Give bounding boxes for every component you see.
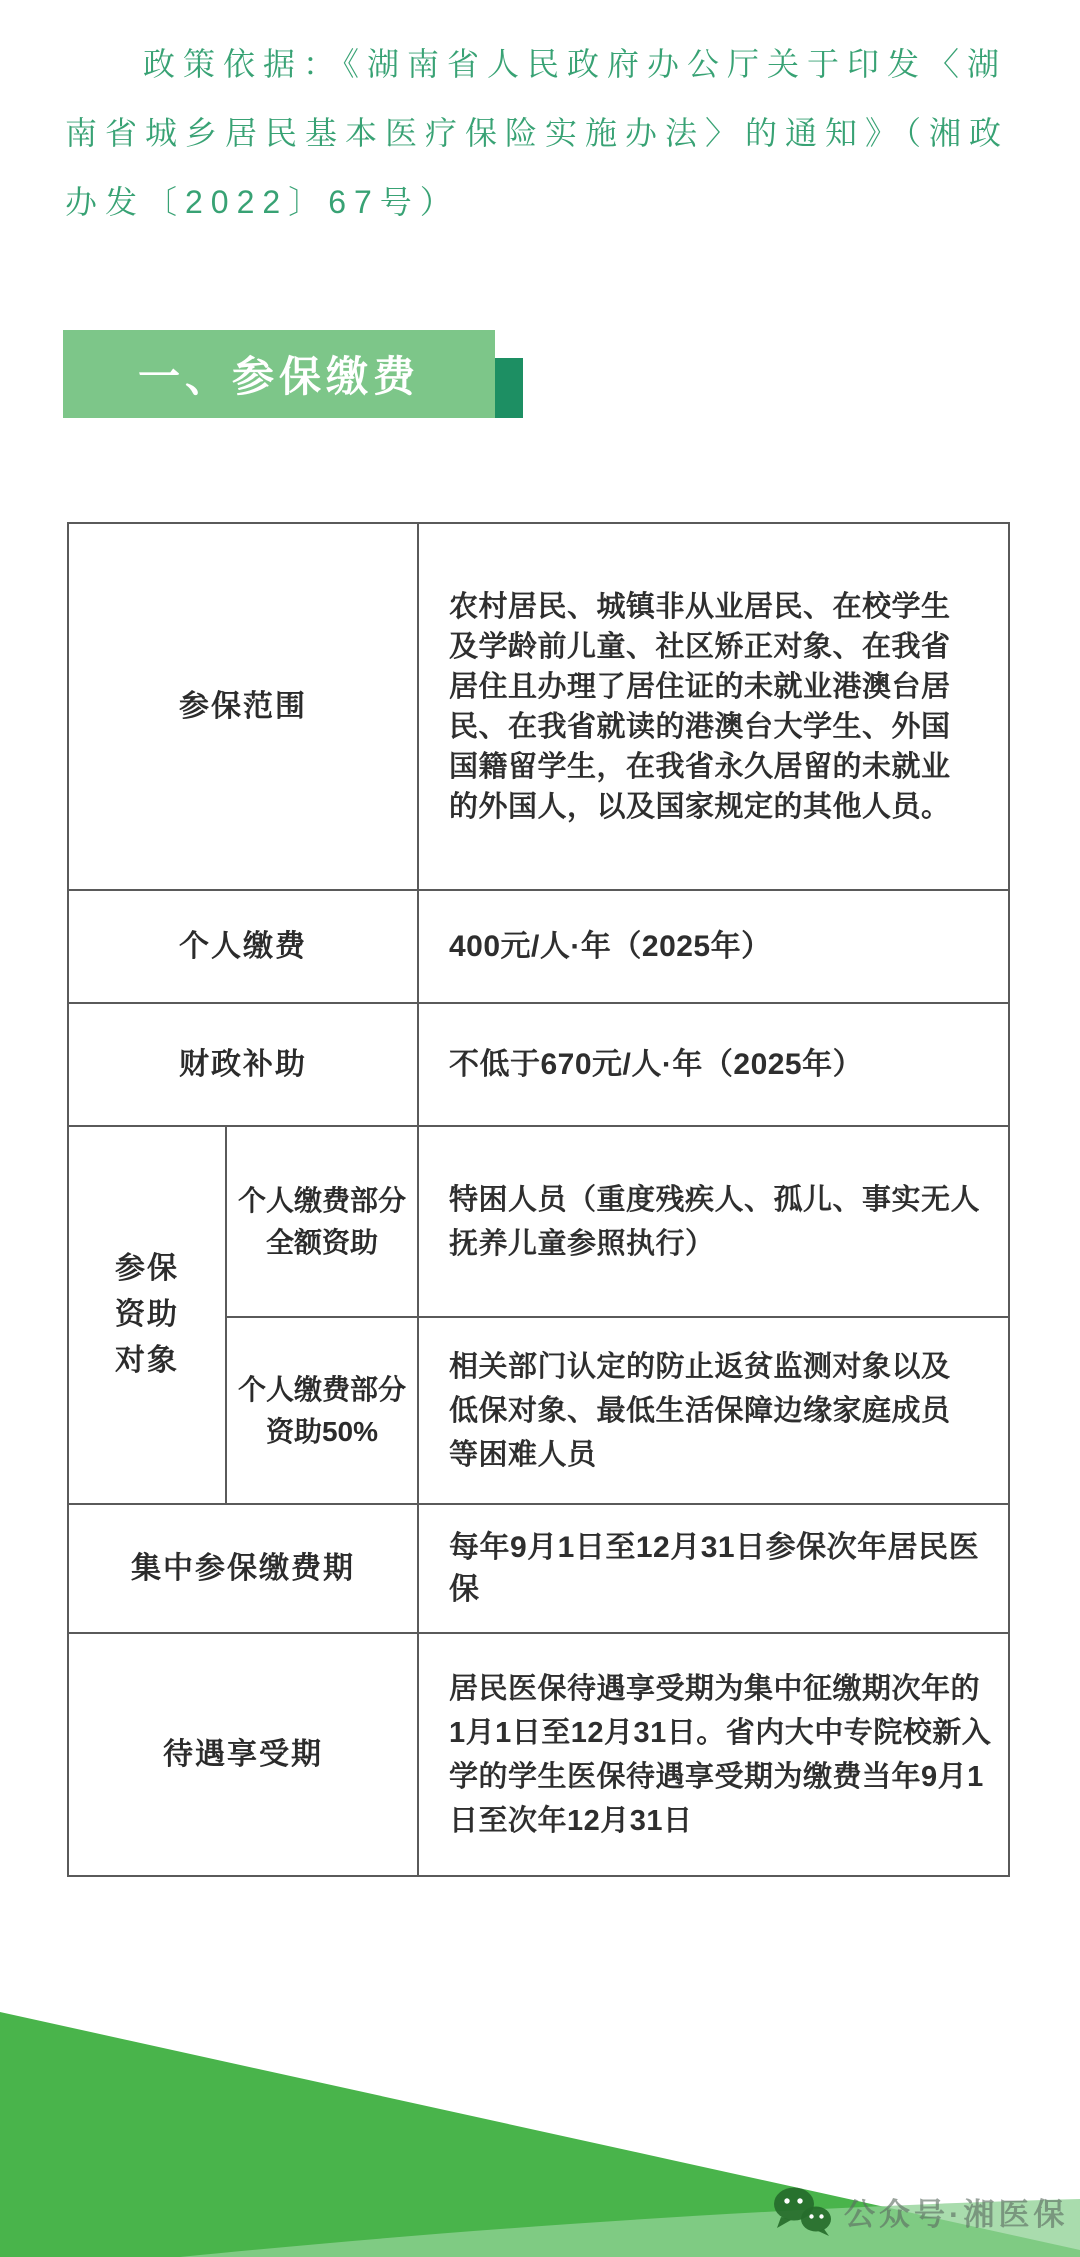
cell-benefit-period-content: 居民医保待遇享受期为集中征缴期次年的 1月1日至12月31日。省内大中专院校新入… (419, 1634, 1008, 1875)
content-line: 学的学生医保待遇享受期为缴费当年9月1 (449, 1755, 996, 1799)
wechat-icon (772, 2186, 834, 2236)
content-line: 相关部门认定的防止返贫监测对象以及 (449, 1345, 996, 1389)
cell-fiscal-subsidy-content: 不低于670元/人·年（2025年） (419, 1004, 1008, 1125)
cell-full-subsidy-content: 特困人员（重度残疾人、孤儿、事实无人 抚养儿童参照执行） (419, 1127, 1008, 1316)
content-line: 1月1日至12月31日。省内大中专院校新入 (449, 1711, 996, 1755)
content-line: 等困难人员 (449, 1433, 996, 1477)
watermark-text: 公众号·湘医保 (844, 2189, 1068, 2234)
row-label-enroll-period: 集中参保缴费期 (69, 1505, 417, 1632)
policy-note-line: 办发〔2022〕67号） (65, 168, 1055, 237)
content-line: 农村居民、城镇非从业居民、在校学生 (449, 587, 996, 627)
content-line: 国籍留学生，在我省永久居留的未就业 (449, 747, 996, 787)
policy-note: 政策依据：《湖南省人民政府办公厅关于印发〈湖 南省城乡居民基本医疗保险实施办法〉… (65, 30, 1055, 237)
content-line: 特困人员（重度残疾人、孤儿、事实无人 (449, 1178, 996, 1222)
cell-enroll-scope-content: 农村居民、城镇非从业居民、在校学生 及学龄前儿童、社区矫正对象、在我省 居住且办… (419, 524, 1008, 889)
cell-personal-payment-content: 400元/人·年（2025年） (419, 891, 1008, 1002)
watermark: 公众号·湘医保 (772, 2186, 1068, 2236)
row-label-enroll-scope: 参保范围 (69, 524, 417, 889)
policy-note-line: 南省城乡居民基本医疗保险实施办法〉的通知》（湘政 (65, 99, 1055, 168)
cell-half-subsidy-content: 相关部门认定的防止返贫监测对象以及 低保对象、最低生活保障边缘家庭成员 等困难人… (419, 1318, 1008, 1503)
section-banner: 一、参保缴费 (63, 330, 495, 418)
content-line: 居民医保待遇享受期为集中征缴期次年的 (449, 1667, 996, 1711)
policy-note-line: 政策依据：《湖南省人民政府办公厅关于印发〈湖 (65, 30, 1055, 99)
content-line: 低保对象、最低生活保障边缘家庭成员 (449, 1389, 996, 1433)
section-banner-accent (495, 358, 523, 418)
row-label-subsidy-targets: 参保 资助 对象 (69, 1127, 225, 1503)
section-banner-title: 一、参保缴费 (138, 344, 420, 404)
content-line: 民、在我省就读的港澳台大学生、外国 (449, 707, 996, 747)
content-line: 日至次年12月31日 (449, 1799, 996, 1843)
content-line: 400元/人·年（2025年） (449, 926, 996, 968)
sublabel-half-subsidy: 个人缴费部分 资助50% (227, 1318, 417, 1503)
content-line: 不低于670元/人·年（2025年） (449, 1044, 996, 1086)
sublabel-full-subsidy: 个人缴费部分 全额资助 (227, 1127, 417, 1316)
content-line: 抚养儿童参照执行） (449, 1222, 996, 1266)
row-label-personal-payment: 个人缴费 (69, 891, 417, 1002)
cell-enroll-period-content: 每年9月1日至12月31日参保次年居民医保 (419, 1505, 1008, 1632)
insurance-table: 参保范围 农村居民、城镇非从业居民、在校学生 及学龄前儿童、社区矫正对象、在我省… (67, 522, 1010, 1877)
content-line: 及学龄前儿童、社区矫正对象、在我省 (449, 627, 996, 667)
infographic-page: 政策依据：《湖南省人民政府办公厅关于印发〈湖 南省城乡居民基本医疗保险实施办法〉… (0, 0, 1080, 2257)
row-label-fiscal-subsidy: 财政补助 (69, 1004, 417, 1125)
content-line: 居住且办理了居住证的未就业港澳台居 (449, 667, 996, 707)
content-line: 的外国人，以及国家规定的其他人员。 (449, 787, 996, 827)
content-line: 每年9月1日至12月31日参保次年居民医保 (449, 1527, 996, 1611)
row-label-benefit-period: 待遇享受期 (69, 1634, 417, 1875)
